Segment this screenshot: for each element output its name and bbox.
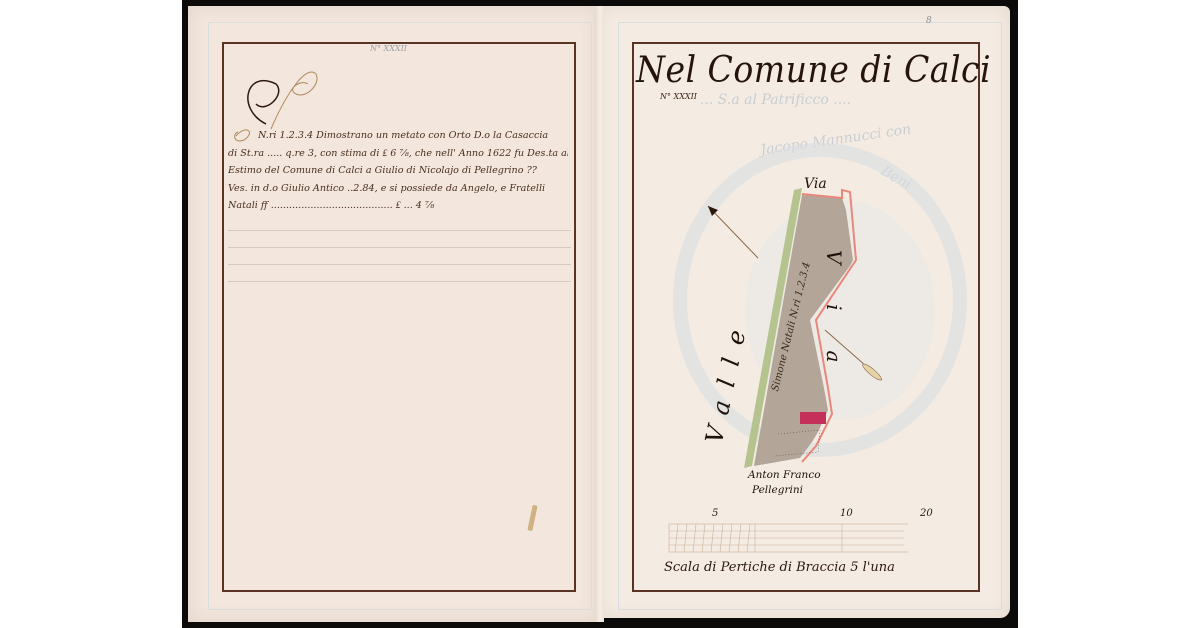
- record-line: Ves. in d.o Giulio Antico ..2.84, e si p…: [228, 180, 568, 198]
- record-text: N.ri 1.2.3.4 Dimostrano un metato con Or…: [258, 127, 568, 215]
- record-line: N.ri 1.2.3.4 Dimostrano un metato con Or…: [258, 127, 568, 145]
- road-label-top: Via: [804, 176, 827, 192]
- ruled-line: [228, 264, 571, 265]
- sheet-number: N° XXXII: [660, 92, 697, 101]
- scale-caption: Scala di Pertiche di Braccia 5 l'una: [664, 560, 895, 575]
- ruled-line: [228, 230, 571, 231]
- ruled-line: [228, 281, 571, 282]
- scale-tick: 5: [712, 508, 718, 519]
- page-title: Nel Comune di Calci: [636, 50, 991, 91]
- scale-bar: [668, 520, 908, 560]
- ghost-text: ... S.a al Patrificco ....: [700, 92, 851, 108]
- record-line: di St.ra ..... q.re 3, con stima di ₤ 6 …: [228, 145, 568, 163]
- north-arrow-icon: [708, 206, 758, 258]
- neighbor-label: Anton Franco: [748, 469, 821, 481]
- record-line: Estimo del Comune di Calci a Giulio di N…: [228, 162, 568, 180]
- page-number: 8: [926, 16, 932, 26]
- neighbor-label: Pellegrini: [752, 484, 803, 496]
- scale-tick: 20: [920, 508, 933, 519]
- road-label-right: Via: [822, 250, 846, 402]
- pencil-number: N° XXXII: [370, 44, 407, 53]
- book-gutter: [594, 6, 604, 622]
- ruled-line: [228, 247, 571, 248]
- scale-tick: 10: [840, 508, 853, 519]
- record-line: Natali ff ..............................…: [228, 197, 568, 215]
